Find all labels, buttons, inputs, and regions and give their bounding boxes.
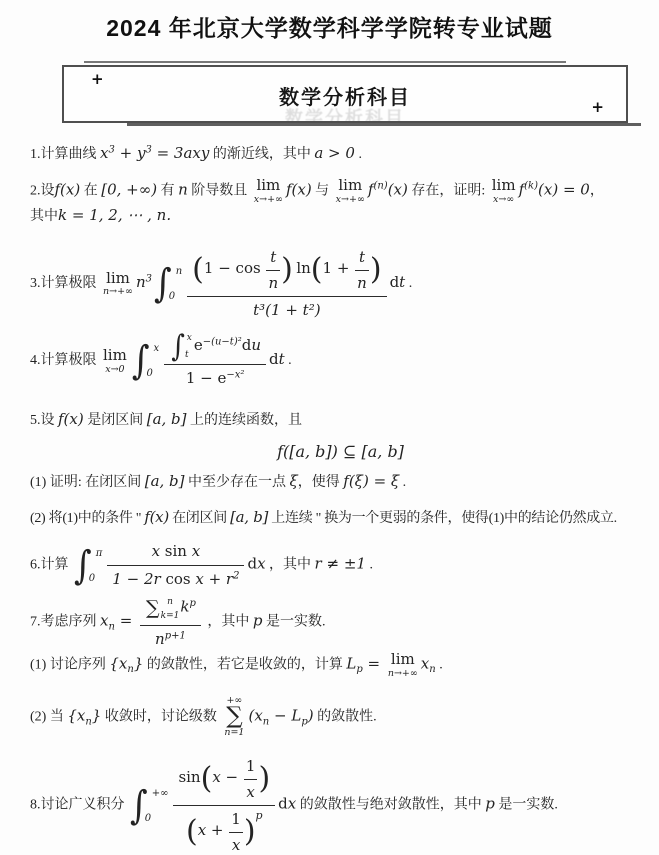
exponent: p [256, 809, 263, 822]
q5-text: (2) 将(1)中的条件 " [30, 511, 144, 526]
q5-text: (1) 证明: 在闭区间 [30, 475, 145, 490]
math-run: 1 − e [186, 369, 227, 387]
lim-subscript: x→+∞ [336, 195, 365, 205]
question-5-intro: 5.设 f(x) 是闭区间 [a, b] 上的连续函数，且 [30, 408, 651, 431]
question-5-display-formula: f([a, b]) ⊆ [a, b] [30, 440, 651, 464]
math-var: x [288, 795, 296, 813]
q7-text: ，其中 [204, 614, 253, 629]
fraction: x sin x1 − 2r cos x + r2 [107, 540, 244, 591]
left-paren: ( [201, 764, 213, 794]
math-op: sin [178, 768, 200, 786]
fraction-numerator: 1 [244, 755, 258, 779]
lim-word: lim [254, 178, 283, 194]
q7p2-text: 收敛时，讨论级数 [101, 710, 220, 725]
limit-operator: limx→+∞ [254, 178, 283, 204]
fraction-numerator: t [355, 246, 369, 270]
q8-text: 的敛散性与绝对敛散性，其中 [296, 798, 485, 813]
q5-text: . [399, 475, 406, 490]
math-var: n [178, 180, 188, 198]
exam-title: 2024 年北京大学数学科学学院转专业试题 [0, 10, 659, 43]
question-7-part-1: (1) 讨论序列 {xn} 的敛散性，若它是收敛的，计算 Lp = limn→+… [30, 652, 651, 678]
differential-d: d [278, 795, 288, 813]
small-fraction: 1x [244, 755, 258, 803]
math-run: k = 1, 2, ⋯ , n. [58, 206, 171, 224]
q2-line-2: 其中k = 1, 2, ⋯ , n. [30, 204, 651, 227]
math-var: p [253, 611, 263, 629]
question-2: 2.设f(x) 在 [0, +∞) 有 n 阶导数且 limx→+∞f(x) 与… [30, 178, 651, 227]
fraction-denominator: x [244, 779, 258, 804]
fraction-denominator: t³(1 + t²) [187, 296, 386, 322]
right-paren: ) [370, 255, 382, 285]
q2-text: 存在，证明: [408, 183, 489, 198]
fraction-numerator: ∫xte−(u−t)²du [164, 332, 266, 364]
subject-box: + 数学分析科目 数学分析科目 + [62, 65, 628, 123]
fraction-numerator: x sin x [107, 540, 244, 565]
lim-subscript: x→+∞ [254, 195, 283, 205]
math-run: f(x) [55, 180, 81, 198]
integral: ∫+∞0 [130, 786, 168, 826]
math-op: = [363, 654, 385, 672]
q4-text: 4.计算极限 [30, 353, 100, 368]
q2-text: 其中 [30, 209, 58, 224]
lim-word: lim [103, 348, 127, 364]
q7-text: 7.考虑序列 [30, 614, 100, 629]
question-8: 8.讨论广义积分 ∫+∞0sin(x − 1x)(x + 1x)pdx 的敛散性… [30, 755, 651, 855]
q6-text: . [366, 558, 373, 573]
integral: ∫x0 [132, 341, 159, 381]
plus-mark-bottom-right: + [591, 98, 604, 116]
sigma-icon: ∑ [224, 706, 244, 728]
box-bottom-rule [127, 123, 641, 126]
superscript: (n) [373, 181, 387, 192]
math-run: f([a, b]) ⊆ [a, b] [277, 442, 404, 461]
math-var: u [251, 336, 261, 354]
right-paren: ) [281, 255, 293, 285]
math-run: x − [212, 768, 243, 786]
fraction-denominator: n [355, 270, 369, 295]
left-paren: ( [186, 817, 198, 847]
math-run: − L [269, 707, 301, 725]
math-run: (x) = 0 [538, 180, 590, 198]
integral: ∫π0 [74, 546, 102, 586]
q3-text: 3.计算极限 [30, 276, 100, 291]
left-paren: ( [311, 255, 323, 285]
math-run: [a, b] [145, 472, 185, 490]
sum-lower: k=1 [161, 610, 180, 624]
fraction-numerator: ∑nk=1kp [140, 594, 201, 625]
math-run: r ≠ ±1 [315, 555, 366, 573]
fraction-denominator: 1 − 2r cos x + r2 [107, 565, 244, 591]
limit-operator: limn→+∞ [103, 271, 133, 297]
q2-text: 2.设 [30, 183, 55, 198]
differential-d: d [269, 350, 279, 368]
q2-text: ， [590, 183, 604, 198]
math-run: x + [198, 821, 229, 839]
q7p1-text: 的敛散性，若它是收敛的，计算 [143, 657, 346, 672]
small-fraction: tn [266, 246, 280, 294]
q7p2-text: (2) 当 [30, 710, 67, 725]
small-fraction: tn [355, 246, 369, 294]
sum-upper: n [161, 596, 180, 610]
exponent: −x² [226, 369, 244, 380]
integral-icon: ∫ [171, 332, 185, 362]
math-run: 1 − cos [204, 259, 266, 277]
exponent: −(u−t)² [203, 337, 242, 348]
math-run: 1 + [323, 259, 355, 277]
math-op: + [115, 144, 137, 162]
q6-text: ，其中 [266, 558, 315, 573]
fraction-denominator: x [229, 832, 243, 855]
lim-word: lim [103, 271, 133, 287]
math-run: f(x) [58, 410, 84, 428]
fraction: sin(x − 1x)(x + 1x)p [173, 755, 275, 855]
q5-text: 在闭区间 [169, 511, 230, 526]
math-run: (x [248, 707, 262, 725]
limit-operator: limx→0 [103, 348, 127, 374]
math-run: f(x) [286, 180, 312, 198]
sum-operator-display: +∞∑n=1 [224, 696, 244, 739]
superscript: p [189, 598, 195, 609]
math-var: n [136, 273, 146, 291]
math-run: (x) [388, 180, 408, 198]
plus-mark-top-left: + [91, 70, 104, 88]
sigma-icon: ∑ [146, 597, 160, 619]
q5-text: 上连续 " 换为一个更弱的条件，使得(1)中的结论仍然成立. [268, 511, 617, 526]
math-var: x [257, 555, 265, 573]
q8-text: 是一实数. [495, 798, 558, 813]
math-run: {x [109, 654, 127, 672]
q2-text: 阶导数且 [188, 183, 251, 198]
math-var: x [421, 654, 429, 672]
q1-text: 1.计算曲线 [30, 147, 100, 162]
lim-word: lim [336, 178, 365, 194]
limit-operator: limx→+∞ [336, 178, 365, 204]
q5-text: ，使得 [298, 475, 344, 490]
math-run: [0, +∞) [101, 180, 157, 198]
math-var: x [187, 542, 200, 560]
q8-text: 8.讨论广义积分 [30, 798, 128, 813]
math-run: {x [67, 707, 85, 725]
math-run: 1 − 2r [112, 570, 165, 588]
left-paren: ( [192, 255, 204, 285]
question-5-part-2: (2) 将(1)中的条件 " f(x) 在闭区间 [a, b] 上连续 " 换为… [30, 506, 651, 529]
q1-text: 的渐近线，其中 [209, 147, 314, 162]
math-var: x [152, 542, 165, 560]
right-paren: ) [244, 817, 256, 847]
q5-text: 5.设 [30, 413, 58, 428]
question-7-part-2: (2) 当 {xn} 收敛时，讨论级数 +∞∑n=1(xn − Lp) 的敛散性… [30, 696, 651, 739]
math-run: f(x) [144, 508, 169, 526]
differential-d: d [242, 336, 252, 354]
q1-text: . [355, 147, 362, 162]
question-5-part-1: (1) 证明: 在闭区间 [a, b] 中至少存在一点 ξ，使得 f(ξ) = … [30, 470, 651, 493]
math-const-e: e [194, 336, 203, 354]
q7p1-text: . [436, 657, 443, 672]
q2-line-1: 2.设f(x) 在 [0, +∞) 有 n 阶导数且 limx→+∞f(x) 与… [30, 178, 651, 204]
q5-text: 是闭区间 [84, 413, 147, 428]
fraction: (1 − cos tn) ln(1 + tn)t³(1 + t²) [187, 246, 386, 322]
small-fraction: 1x [229, 808, 243, 855]
math-run: f(ξ) = ξ [343, 472, 399, 490]
q2-text: 与 [312, 183, 333, 198]
math-run: x + r [191, 570, 234, 588]
question-3: 3.计算极限 limn→+∞n3∫n0(1 − cos tn) ln(1 + t… [30, 246, 651, 322]
lim-word: lim [388, 652, 418, 668]
integral-icon: ∫ [74, 546, 92, 585]
q4-text: . [285, 353, 292, 368]
math-op: cos [165, 570, 190, 588]
inner-integral: ∫xt [171, 332, 192, 362]
q2-text: 有 [157, 183, 178, 198]
math-var: n [155, 630, 165, 648]
lim-subscript: x→∞ [492, 195, 516, 205]
subject-heading-ghost: 数学分析科目 [64, 104, 626, 123]
sum-bounds: nk=1 [161, 596, 180, 620]
integral-upper: +∞ [145, 786, 169, 801]
question-6: 6.计算 ∫π0x sin x1 − 2r cos x + r2dx ，其中 r… [30, 540, 651, 591]
math-run: [a, b] [147, 410, 187, 428]
question-1: 1.计算曲线 x3 + y3 = 3axy 的渐近线，其中 a > 0 . [30, 142, 651, 165]
lim-subscript: n→+∞ [388, 669, 418, 679]
fraction-denominator: (x + 1x)p [173, 805, 275, 855]
fraction-denominator: np+1 [140, 625, 201, 651]
math-run: = 3axy [152, 144, 210, 162]
superscript: p+1 [165, 630, 186, 641]
math-op: ln [296, 259, 310, 277]
math-op: = [115, 611, 137, 629]
math-run: } [92, 707, 102, 725]
math-var: L [346, 654, 356, 672]
question-7: 7.考虑序列 xn = ∑nk=1kpnp+1 ，其中 p 是一实数. [30, 594, 651, 651]
q7p1-text: (1) 讨论序列 [30, 657, 109, 672]
math-var: ξ [290, 472, 298, 490]
q2-text: 在 [80, 183, 101, 198]
fraction-numerator: (1 − cos tn) ln(1 + tn) [187, 246, 386, 296]
differential-d: d [390, 273, 400, 291]
lim-subscript: x→0 [103, 365, 127, 375]
lim-word: lim [492, 178, 516, 194]
q3-text: . [405, 276, 412, 291]
math-run: } [134, 654, 144, 672]
question-4: 4.计算极限 limx→0∫x0∫xte−(u−t)²du1 − e−x²dt … [30, 332, 651, 390]
fraction-numerator: t [266, 246, 280, 270]
differential-d: d [247, 555, 257, 573]
fraction-denominator: 1 − e−x² [164, 364, 266, 390]
fraction-numerator: 1 [229, 808, 243, 832]
integral-icon: ∫ [154, 264, 172, 303]
fraction: ∑nk=1kpnp+1 [140, 594, 201, 651]
sum-lower: n=1 [224, 728, 244, 738]
integral: ∫n0 [154, 264, 182, 304]
math-op: sin [165, 542, 187, 560]
superscript: (k) [524, 181, 538, 192]
math-run: [a, b] [230, 508, 268, 526]
math-run: a > 0 [314, 144, 355, 162]
sum-operator: ∑nk=1 [146, 594, 179, 623]
limit-operator: limn→+∞ [388, 652, 418, 678]
q6-text: 6.计算 [30, 558, 72, 573]
integral-icon: ∫ [130, 786, 148, 825]
math-var: p [485, 795, 495, 813]
q5-text: 上的连续函数，且 [187, 413, 303, 428]
fraction-numerator: sin(x − 1x) [173, 755, 275, 805]
fraction-denominator: n [266, 270, 280, 295]
q5-text: 中至少存在一点 [185, 475, 290, 490]
q7p2-text: 的敛散性. [314, 710, 377, 725]
superscript: 2 [233, 570, 239, 581]
right-paren: ) [258, 764, 270, 794]
integral-icon: ∫ [132, 341, 150, 380]
integral-bounds: +∞0 [145, 786, 169, 826]
lim-subscript: n→+∞ [103, 287, 133, 297]
fraction: ∫xte−(u−t)²du1 − e−x² [164, 332, 266, 390]
superscript: 3 [146, 273, 152, 284]
q7-text: 是一实数. [262, 614, 325, 629]
integral-lower: 0 [145, 811, 169, 826]
limit-operator: limx→∞ [492, 178, 516, 204]
box-top-rule [84, 61, 566, 63]
